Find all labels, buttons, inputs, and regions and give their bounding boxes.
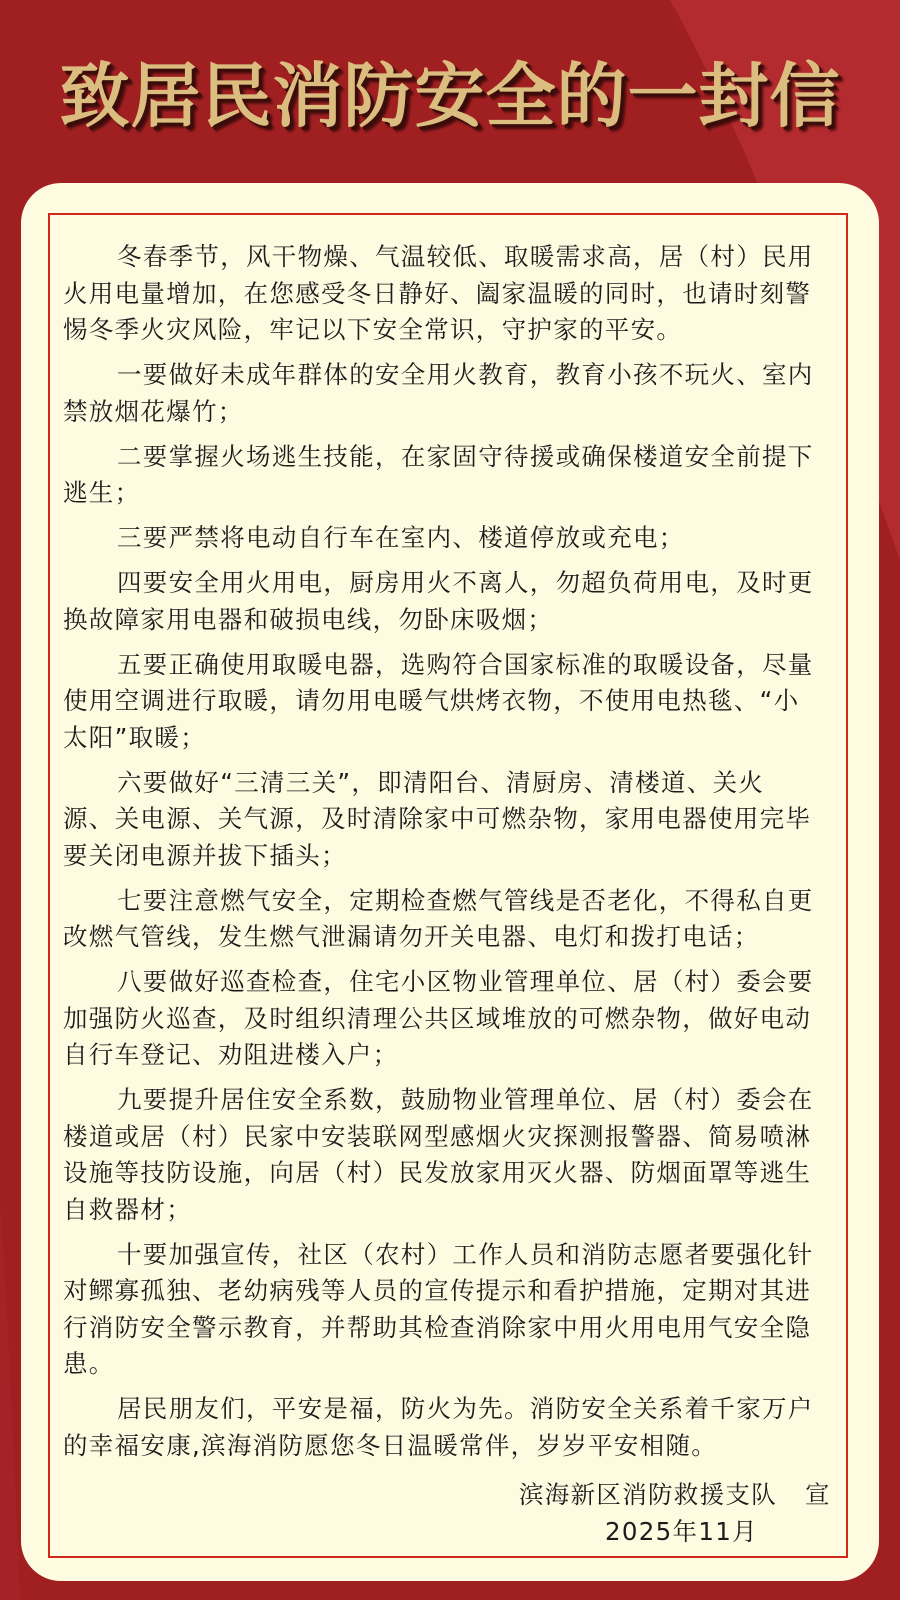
text-line: 行消防安全警示教育，并帮助其检查消除家中用火用电用气安全隐 (63, 1310, 863, 1347)
text-line: 二要掌握火场逃生技能，在家固守待援或确保楼道安全前提下 (63, 439, 863, 476)
text-line: 三要严禁将电动自行车在室内、楼道停放或充电； (63, 520, 863, 557)
text-line: 冬春季节，风干物燥、气温较低、取暖需求高，居（村）民用 (63, 239, 863, 276)
paragraph-intro: 冬春季节，风干物燥、气温较低、取暖需求高，居（村）民用 火用电量增加，在您感受冬… (63, 239, 863, 349)
text-line: 自行车登记、劝阻进楼入户； (63, 1037, 863, 1074)
text-line: 对鳏寡孤独、老幼病残等人员的宣传提示和看护措施，定期对其进 (63, 1273, 863, 1310)
paragraph-item-10: 十要加强宣传，社区（农村）工作人员和消防志愿者要强化针 对鳏寡孤独、老幼病残等人… (63, 1237, 863, 1383)
paragraph-item-4: 四要安全用火用电，厨房用火不离人，勿超负荷用电，及时更 换故障家用电器和破损电线… (63, 565, 863, 638)
paragraph-item-8: 八要做好巡查检查，住宅小区物业管理单位、居（村）委会要 加强防火巡查，及时组织清… (63, 964, 863, 1074)
text-line: 太阳”取暖； (63, 720, 863, 757)
paragraph-closing: 居民朋友们，平安是福，防火为先。消防安全关系着千家万户 的幸福安康,滨海消防愿您… (63, 1391, 863, 1464)
paragraph-item-6: 六要做好“三清三关”，即清阳台、清厨房、清楼道、关火 源、关电源、关气源，及时清… (63, 765, 863, 875)
signature-organization: 滨海新区消防救援支队 (519, 1476, 777, 1511)
paragraph-item-9: 九要提升居住安全系数，鼓励物业管理单位、居（村）委会在 楼道或居（村）民家中安装… (63, 1082, 863, 1228)
letter-body: 冬春季节，风干物燥、气温较低、取暖需求高，居（村）民用 火用电量增加，在您感受冬… (63, 239, 863, 1473)
letter-card: 冬春季节，风干物燥、气温较低、取暖需求高，居（村）民用 火用电量增加，在您感受冬… (21, 183, 879, 1581)
paragraph-item-5: 五要正确使用取暖电器，选购符合国家标准的取暖设备，尽量 使用空调进行取暖，请勿用… (63, 647, 863, 757)
text-line: 自救器材； (63, 1192, 863, 1229)
text-line: 换故障家用电器和破损电线，勿卧床吸烟； (63, 602, 863, 639)
text-line: 四要安全用火用电，厨房用火不离人，勿超负荷用电，及时更 (63, 565, 863, 602)
text-line: 五要正确使用取暖电器，选购符合国家标准的取暖设备，尽量 (63, 647, 863, 684)
paragraph-item-3: 三要严禁将电动自行车在室内、楼道停放或充电； (63, 520, 863, 557)
text-line: 逃生； (63, 475, 863, 512)
text-line: 十要加强宣传，社区（农村）工作人员和消防志愿者要强化针 (63, 1237, 863, 1274)
text-line: 设施等技防设施，向居（村）民发放家用灭火器、防烟面罩等逃生 (63, 1155, 863, 1192)
text-line: 的幸福安康,滨海消防愿您冬日温暖常伴，岁岁平安相随。 (63, 1428, 863, 1465)
signature-date: 2025年11月 (605, 1513, 758, 1548)
text-line: 居民朋友们，平安是福，防火为先。消防安全关系着千家万户 (63, 1391, 863, 1428)
paragraph-item-1: 一要做好未成年群体的安全用火教育，教育小孩不玩火、室内 禁放烟花爆竹； (63, 357, 863, 430)
text-line: 加强防火巡查，及时组织清理公共区域堆放的可燃杂物，做好电动 (63, 1001, 863, 1038)
signature-issued: 宣 (805, 1476, 831, 1511)
text-line: 七要注意燃气安全，定期检查燃气管线是否老化，不得私自更 (63, 883, 863, 920)
paragraph-item-7: 七要注意燃气安全，定期检查燃气管线是否老化，不得私自更 改燃气管线，发生燃气泄漏… (63, 883, 863, 956)
text-line: 八要做好巡查检查，住宅小区物业管理单位、居（村）委会要 (63, 964, 863, 1001)
text-line: 惕冬季火灾风险，牢记以下安全常识，守护家的平安。 (63, 312, 863, 349)
text-line: 要关闭电源并拔下插头； (63, 838, 863, 875)
page-title: 致居民消防安全的一封信 (0, 52, 900, 140)
text-line: 六要做好“三清三关”，即清阳台、清厨房、清楼道、关火 (63, 765, 863, 802)
text-line: 一要做好未成年群体的安全用火教育，教育小孩不玩火、室内 (63, 357, 863, 394)
text-line: 禁放烟花爆竹； (63, 394, 863, 431)
paragraph-item-2: 二要掌握火场逃生技能，在家固守待援或确保楼道安全前提下 逃生； (63, 439, 863, 512)
text-line: 患。 (63, 1346, 863, 1383)
text-line: 九要提升居住安全系数，鼓励物业管理单位、居（村）委会在 (63, 1082, 863, 1119)
text-line: 源、关电源、关气源，及时清除家中可燃杂物，家用电器使用完毕 (63, 801, 863, 838)
text-line: 火用电量增加，在您感受冬日静好、阖家温暖的同时，也请时刻警 (63, 276, 863, 313)
text-line: 改燃气管线，发生燃气泄漏请勿开关电器、电灯和拨打电话； (63, 919, 863, 956)
text-line: 楼道或居（村）民家中安装联网型感烟火灾探测报警器、简易喷淋 (63, 1119, 863, 1156)
text-line: 使用空调进行取暖，请勿用电暖气烘烤衣物，不使用电热毯、“小 (63, 683, 863, 720)
